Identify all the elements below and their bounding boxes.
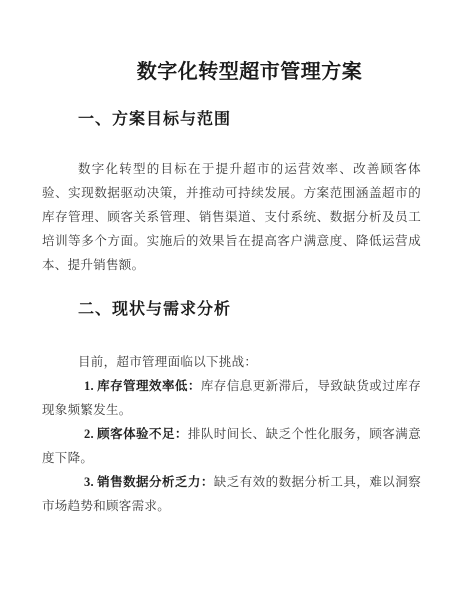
section-heading-status-needs: 二、现状与需求分析 [42, 298, 421, 322]
challenge-item-3: 3.销售数据分析乏力：缺乏有效的数据分析工具，难以洞察市场趋势和顾客需求。 [42, 470, 421, 518]
challenges-intro: 目前，超市管理面临以下挑战： [42, 350, 421, 374]
challenge-item-3-number: 3. [84, 475, 94, 489]
challenge-item-1: 1.库存管理效率低：库存信息更新滞后，导致缺货或过库存现象频繁发生。 [42, 374, 421, 422]
challenge-item-1-number: 1. [84, 379, 94, 393]
challenge-item-3-label: 销售数据分析乏力： [97, 475, 214, 489]
challenge-item-2: 2.顾客体验不足：排队时间长、缺乏个性化服务，顾客满意度下降。 [42, 422, 421, 470]
document-page: 数字化转型超市管理方案 一、方案目标与范围 数字化转型的目标在于提升超市的运营效… [0, 0, 463, 600]
document-title: 数字化转型超市管理方案 [42, 58, 421, 86]
challenge-item-2-number: 2. [84, 427, 94, 441]
challenge-item-1-label: 库存管理效率低： [97, 379, 201, 393]
goals-scope-paragraph: 数字化转型的目标在于提升超市的运营效率、改善顾客体验、实现数据驱动决策，并推动可… [42, 157, 421, 277]
section-heading-goals-scope: 一、方案目标与范围 [42, 108, 421, 132]
challenge-item-2-label: 顾客体验不足： [97, 427, 188, 441]
